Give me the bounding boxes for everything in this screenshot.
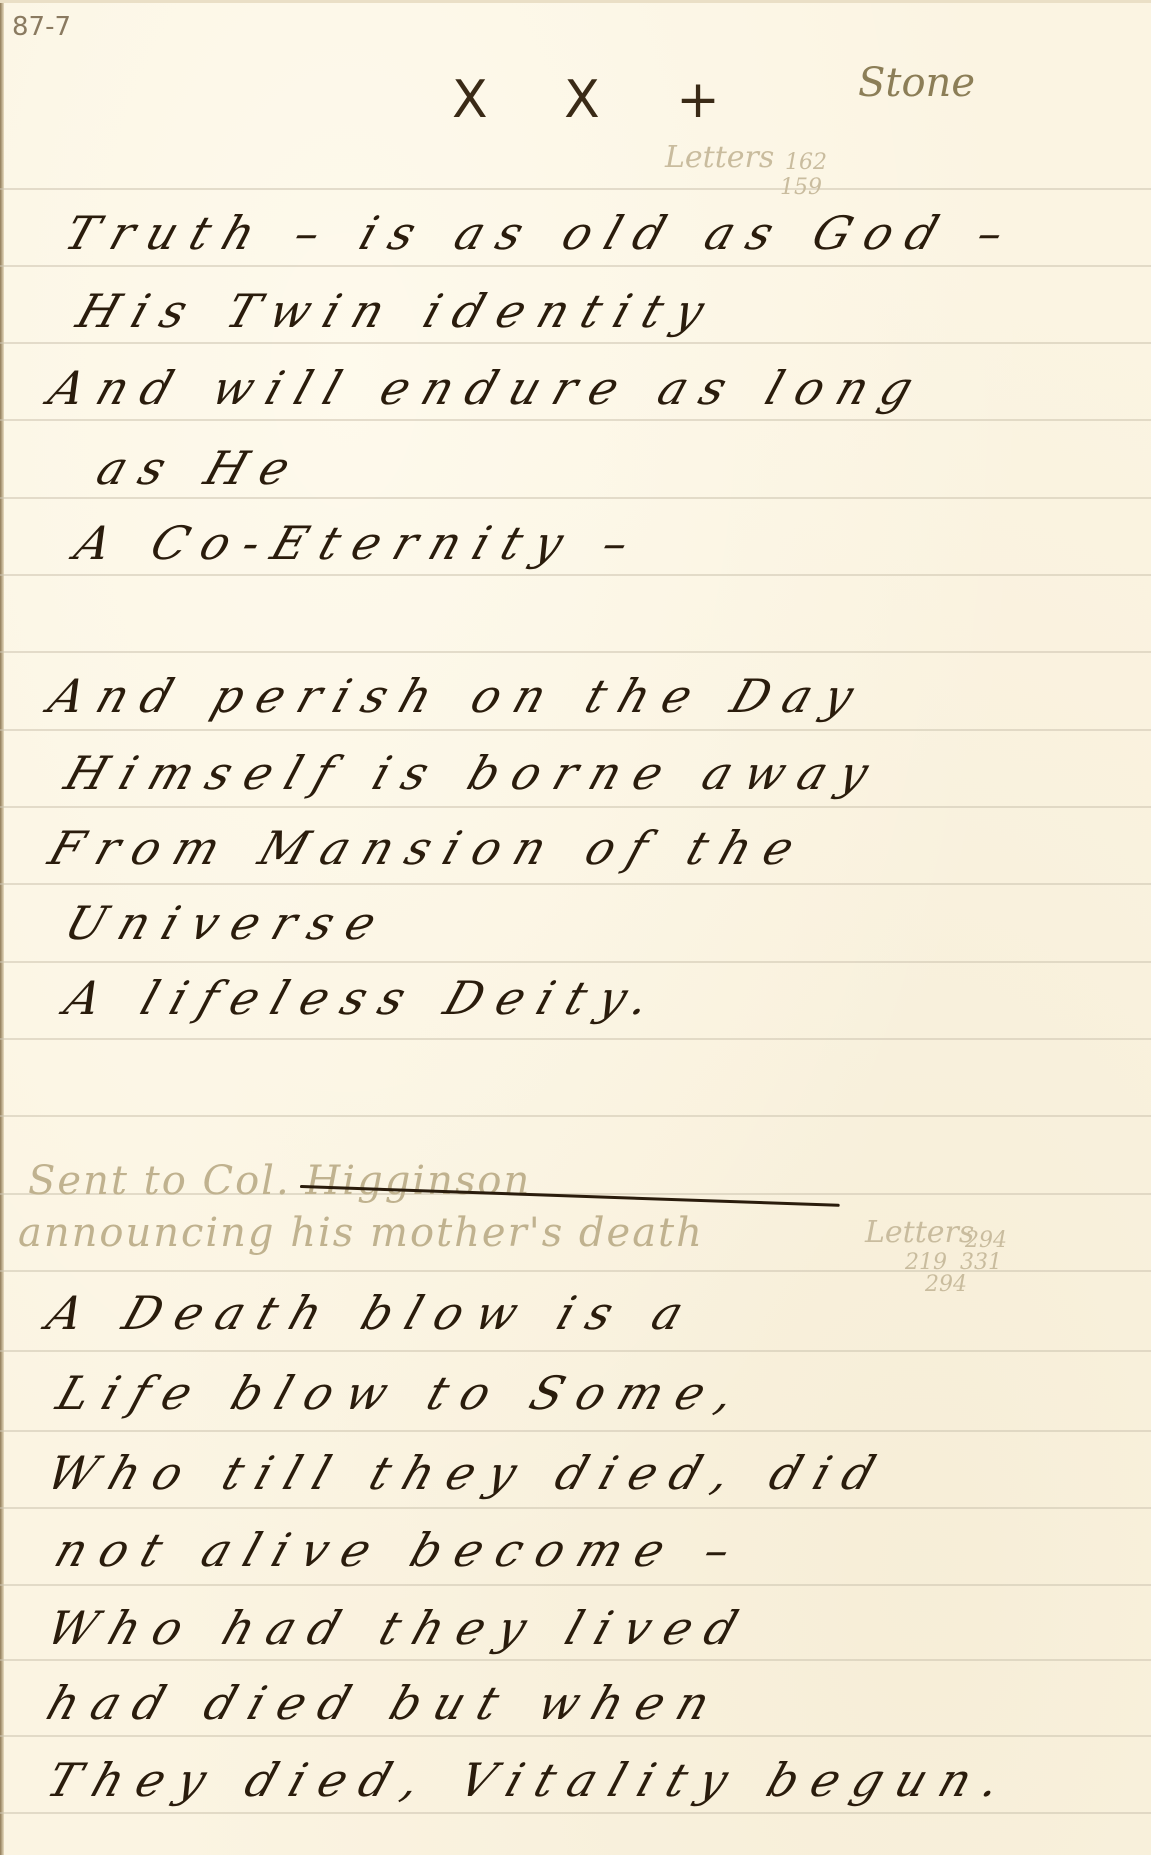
poem1-line-5: A Co-Eternity – [68, 515, 650, 571]
ruled-line [0, 651, 1151, 653]
poem1-line-4: as He [90, 440, 311, 496]
ruled-line [0, 1584, 1151, 1586]
poem1-line-6: And perish on the Day [42, 668, 875, 724]
ruled-line [0, 574, 1151, 576]
annotation-letters-label: Letters [865, 1215, 974, 1250]
poem2-line-5: Who had they lived [40, 1600, 759, 1656]
archive-number: 87-7 [12, 12, 71, 42]
annotation-letters-number-d: 294 [925, 1272, 967, 1297]
poem1-line-7: Himself is borne away [58, 745, 890, 801]
manuscript-page: 87-7 X X + Stone Letters 162 159 Truth –… [0, 0, 1151, 1855]
poem1-line-1: Truth – is as old as God – [58, 205, 1025, 261]
ruled-line [0, 419, 1151, 421]
ruled-line [0, 1038, 1151, 1040]
letters-reference-label: Letters [665, 140, 774, 175]
poem2-line-1: A Death blow is a [40, 1285, 705, 1341]
poem2-line-2: Life blow to Some, [50, 1365, 756, 1421]
ruled-line [0, 806, 1151, 808]
poem2-line-6: had died but when [40, 1675, 731, 1731]
poem1-line-9: Universe [58, 895, 397, 951]
page-top-edge [0, 0, 1151, 3]
poem2-line-7: They died, Vitality begun. [40, 1752, 1022, 1808]
page-left-edge [0, 0, 4, 1855]
poem1-line-8: From Mansion of the [42, 820, 815, 876]
annotation-line-1: Sent to Col. Higginson [28, 1158, 531, 1204]
ruled-line [0, 188, 1151, 190]
ruled-line [0, 1115, 1151, 1117]
ruled-line [0, 265, 1151, 267]
ruled-line [0, 1350, 1151, 1352]
poem1-line-2: His Twin identity [70, 283, 725, 339]
poem2-line-4: not alive become – [48, 1522, 752, 1578]
poem1-line-10: A lifeless Deity. [58, 970, 671, 1026]
ruled-line [0, 1430, 1151, 1432]
ruled-line [0, 1735, 1151, 1737]
ruled-line [0, 497, 1151, 499]
ruled-line [0, 342, 1151, 344]
ruled-line [0, 1659, 1151, 1661]
editorial-marks: X X + [452, 70, 750, 130]
poem1-line-3: And will endure as long [42, 360, 934, 416]
ruled-line [0, 961, 1151, 963]
letters-reference-number-top: 162 [785, 150, 827, 175]
stone-note: Stone [858, 60, 975, 106]
ruled-line [0, 729, 1151, 731]
ruled-line [0, 1507, 1151, 1509]
ruled-line [0, 1812, 1151, 1814]
ruled-line [0, 883, 1151, 885]
letters-reference-number-bottom: 159 [780, 175, 822, 200]
poem2-line-3: Who till they died, did [40, 1445, 896, 1501]
annotation-line-2: announcing his mother's death [18, 1210, 704, 1256]
